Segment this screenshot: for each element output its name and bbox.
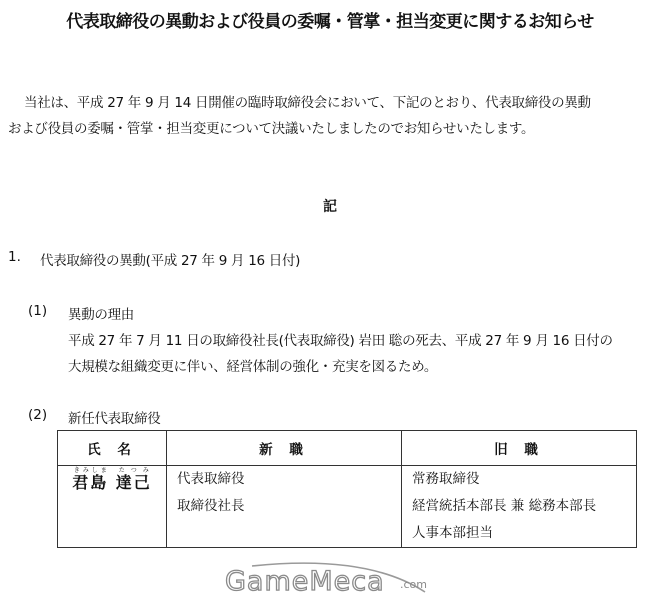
header-name: 氏 名: [58, 431, 167, 466]
section-1-number: 1.: [8, 249, 21, 265]
table-header-row: 氏 名 新 職 旧 職: [58, 431, 637, 466]
family-name-reading: きみしま: [72, 467, 108, 474]
document-title: 代表取締役の異動および役員の委嘱・管掌・担当変更に関するお知らせ: [0, 7, 660, 32]
header-old-position: 旧 職: [402, 431, 637, 466]
old-position-line: 経営統括本部長 兼 総務本部長: [402, 493, 636, 520]
watermark-domain: .com: [400, 578, 427, 591]
intro-paragraph-line-1: 当社は、平成 27 年 9 月 14 日開催の臨時取締役会において、下記のとおり…: [24, 91, 591, 111]
intro-paragraph-line-2: および役員の委嘱・管掌・担当変更について決議いたしましたのでお知らせいたします。: [8, 117, 534, 137]
subsection-2-number: (2): [28, 407, 47, 423]
new-position-line: 取締役社長: [167, 493, 401, 520]
ki-heading: 記: [0, 196, 660, 216]
given-name-reading: たつみ: [116, 467, 152, 474]
new-position-line: 代表取締役: [167, 466, 401, 493]
family-name: 君島: [72, 473, 108, 492]
subsection-2-heading: 新任代表取締役: [68, 407, 160, 427]
officer-name-cell: 君島きみしま 達己たつみ: [58, 466, 167, 548]
header-new-position: 新 職: [167, 431, 402, 466]
section-1-heading: 代表取締役の異動(平成 27 年 9 月 16 日付): [40, 249, 300, 269]
watermark-text: GameMeca: [225, 566, 385, 597]
new-position-spacer: [167, 520, 401, 547]
subsection-1-heading: 異動の理由: [68, 303, 134, 323]
subsection-1-number: (1): [28, 303, 47, 319]
officer-name: 君島きみしま 達己たつみ: [72, 473, 152, 492]
old-position-line: 人事本部担当: [402, 520, 636, 547]
old-position-cell: 常務取締役 経営統括本部長 兼 総務本部長 人事本部担当: [402, 466, 637, 548]
new-position-cell: 代表取締役 取締役社長: [167, 466, 402, 548]
gamemeca-watermark: GameMeca .com: [222, 560, 452, 600]
old-position-line: 常務取締役: [402, 466, 636, 493]
reason-line-1: 平成 27 年 7 月 11 日の取締役社長(代表取締役) 岩田 聡の死去、平成…: [68, 329, 613, 349]
reason-line-2: 大規模な組織変更に伴い、経営体制の強化・充実を図るため。: [68, 355, 437, 375]
new-representative-table: 氏 名 新 職 旧 職 君島きみしま 達己たつみ 代表取締役 取締役社長 常務取…: [57, 430, 637, 548]
given-name: 達己: [116, 473, 152, 492]
table-row: 君島きみしま 達己たつみ 代表取締役 取締役社長 常務取締役 経営統括本部長 兼…: [58, 466, 637, 548]
